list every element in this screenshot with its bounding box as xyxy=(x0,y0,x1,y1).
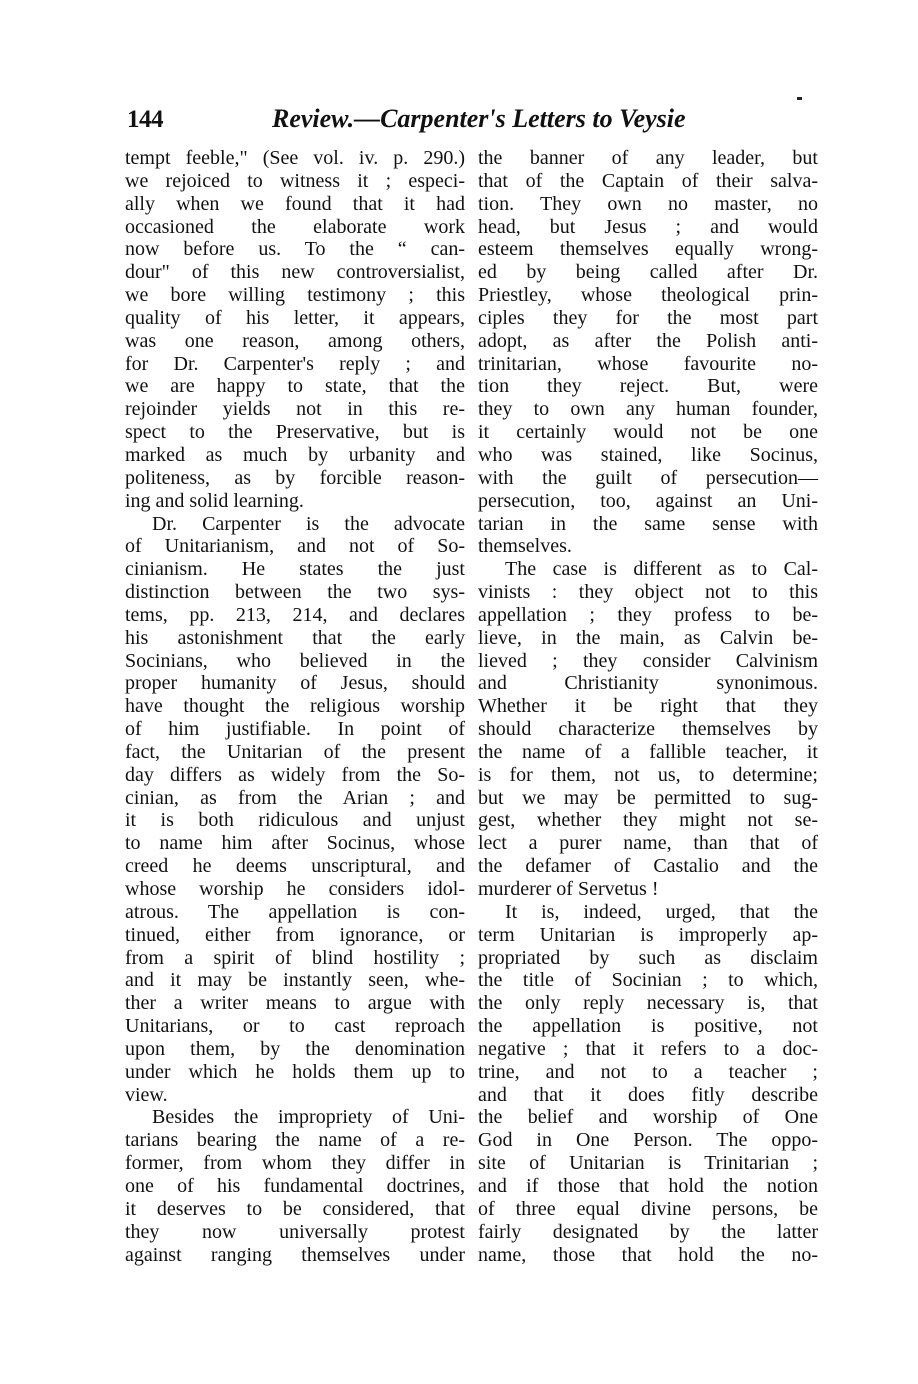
text-line: of Unitarianism, and not of So- xyxy=(125,535,465,558)
text-line: site of Unitarian is Trinitarian ; xyxy=(478,1152,818,1175)
text-line: we rejoiced to witness it ; especi- xyxy=(125,170,465,193)
text-line: themselves. xyxy=(478,535,818,558)
text-line: tarians bearing the name of a re- xyxy=(125,1129,465,1152)
text-line: the only reply necessary is, that xyxy=(478,992,818,1015)
text-line: quality of his letter, it appears, xyxy=(125,307,465,330)
text-line: under which he holds them up to xyxy=(125,1061,465,1084)
text-line: of him justifiable. In point of xyxy=(125,718,465,741)
text-line: now before us. To the “ can- xyxy=(125,238,465,261)
text-line: trinitarian, whose favourite no- xyxy=(478,353,818,376)
text-line: of three equal divine persons, be xyxy=(478,1198,818,1221)
book-page: 144 Review.—Carpenter's Letters to Veysi… xyxy=(0,0,918,1384)
text-line: they to own any human founder, xyxy=(478,398,818,421)
text-line: have thought the religious worship xyxy=(125,695,465,718)
text-line: tion. They own no master, no xyxy=(478,193,818,216)
ink-speck xyxy=(797,97,802,100)
text-line: Dr. Carpenter is the advocate xyxy=(125,513,465,536)
text-line: lect a purer name, than that of xyxy=(478,832,818,855)
text-line: persecution, too, against an Uni- xyxy=(478,490,818,513)
text-line: Besides the impropriety of Uni- xyxy=(125,1106,465,1129)
text-line: with the guilt of persecution— xyxy=(478,467,818,490)
text-line: ciples they for the most part xyxy=(478,307,818,330)
text-line: cinianism. He states the just xyxy=(125,558,465,581)
text-line: his astonishment that the early xyxy=(125,627,465,650)
text-line: view. xyxy=(125,1084,465,1107)
text-line: head, but Jesus ; and would xyxy=(478,216,818,239)
text-line: esteem themselves equally wrong- xyxy=(478,238,818,261)
text-line: Socinians, who believed in the xyxy=(125,650,465,673)
text-line: day differs as widely from the So- xyxy=(125,764,465,787)
text-line: tems, pp. 213, 214, and declares xyxy=(125,604,465,627)
text-line: creed he deems unscriptural, and xyxy=(125,855,465,878)
text-line: adopt, as after the Polish anti- xyxy=(478,330,818,353)
right-column: the banner of any leader, butthat of the… xyxy=(478,147,818,1266)
text-line: negative ; that it refers to a doc- xyxy=(478,1038,818,1061)
text-line: appellation ; they profess to be- xyxy=(478,604,818,627)
text-line: and that it does fitly describe xyxy=(478,1084,818,1107)
text-line: proper humanity of Jesus, should xyxy=(125,672,465,695)
text-line: whose worship he considers idol- xyxy=(125,878,465,901)
page-number: 144 xyxy=(127,106,163,134)
text-line: was one reason, among others, xyxy=(125,330,465,353)
text-line: the title of Socinian ; to which, xyxy=(478,969,818,992)
text-line: The case is different as to Cal- xyxy=(478,558,818,581)
text-line: murderer of Servetus ! xyxy=(478,878,818,901)
text-line: cinian, as from the Arian ; and xyxy=(125,787,465,810)
text-line: the name of a fallible teacher, it xyxy=(478,741,818,764)
text-line: lieve, in the main, as Calvin be- xyxy=(478,627,818,650)
running-title: Review.—Carpenter's Letters to Veysie xyxy=(272,104,686,134)
text-line: rejoinder yields not in this re- xyxy=(125,398,465,421)
text-line: tinued, either from ignorance, or xyxy=(125,924,465,947)
text-line: It is, indeed, urged, that the xyxy=(478,901,818,924)
text-line: the banner of any leader, but xyxy=(478,147,818,170)
text-line: and it may be instantly seen, whe- xyxy=(125,969,465,992)
text-line: name, those that hold the no- xyxy=(478,1244,818,1267)
text-line: term Unitarian is improperly ap- xyxy=(478,924,818,947)
text-line: spect to the Preservative, but is xyxy=(125,421,465,444)
text-line: Whether it be right that they xyxy=(478,695,818,718)
text-line: to name him after Socinus, whose xyxy=(125,832,465,855)
text-line: the belief and worship of One xyxy=(478,1106,818,1129)
text-line: against ranging themselves under xyxy=(125,1244,465,1267)
text-line: vinists : they object not to this xyxy=(478,581,818,604)
text-line: fairly designated by the latter xyxy=(478,1221,818,1244)
text-line: distinction between the two sys- xyxy=(125,581,465,604)
page-header: 144 Review.—Carpenter's Letters to Veysi… xyxy=(125,104,817,138)
text-line: marked as much by urbanity and xyxy=(125,444,465,467)
text-line: should characterize themselves by xyxy=(478,718,818,741)
text-line: they now universally protest xyxy=(125,1221,465,1244)
text-line: ther a writer means to argue with xyxy=(125,992,465,1015)
text-line: the defamer of Castalio and the xyxy=(478,855,818,878)
text-line: Unitarians, or to cast reproach xyxy=(125,1015,465,1038)
text-line: it is both ridiculous and unjust xyxy=(125,809,465,832)
text-line: tion they reject. But, were xyxy=(478,375,818,398)
text-line: from a spirit of blind hostility ; xyxy=(125,947,465,970)
text-line: it deserves to be considered, that xyxy=(125,1198,465,1221)
text-line: atrous. The appellation is con- xyxy=(125,901,465,924)
text-line: we are happy to state, that the xyxy=(125,375,465,398)
text-line: for Dr. Carpenter's reply ; and xyxy=(125,353,465,376)
text-line: propriated by such as disclaim xyxy=(478,947,818,970)
text-line: fact, the Unitarian of the present xyxy=(125,741,465,764)
text-line: tarian in the same sense with xyxy=(478,513,818,536)
left-column: tempt feeble," (See vol. iv. p. 290.)we … xyxy=(125,147,465,1266)
text-line: ed by being called after Dr. xyxy=(478,261,818,284)
text-line: Priestley, whose theological prin- xyxy=(478,284,818,307)
text-line: but we may be permitted to sug- xyxy=(478,787,818,810)
text-line: and if those that hold the notion xyxy=(478,1175,818,1198)
text-line: upon them, by the denomination xyxy=(125,1038,465,1061)
text-line: we bore willing testimony ; this xyxy=(125,284,465,307)
text-line: trine, and not to a teacher ; xyxy=(478,1061,818,1084)
text-line: ally when we found that it had xyxy=(125,193,465,216)
text-line: the appellation is positive, not xyxy=(478,1015,818,1038)
text-line: God in One Person. The oppo- xyxy=(478,1129,818,1152)
text-line: who was stained, like Socinus, xyxy=(478,444,818,467)
text-line: tempt feeble," (See vol. iv. p. 290.) xyxy=(125,147,465,170)
text-line: is for them, not us, to determine; xyxy=(478,764,818,787)
text-line: occasioned the elaborate work xyxy=(125,216,465,239)
text-line: and Christianity synonimous. xyxy=(478,672,818,695)
text-line: it certainly would not be one xyxy=(478,421,818,444)
text-line: one of his fundamental doctrines, xyxy=(125,1175,465,1198)
text-line: gest, whether they might not se- xyxy=(478,809,818,832)
text-line: dour" of this new controversialist, xyxy=(125,261,465,284)
text-line: former, from whom they differ in xyxy=(125,1152,465,1175)
text-line: ing and solid learning. xyxy=(125,490,465,513)
text-line: that of the Captain of their salva- xyxy=(478,170,818,193)
text-line: politeness, as by forcible reason- xyxy=(125,467,465,490)
text-line: lieved ; they consider Calvinism xyxy=(478,650,818,673)
